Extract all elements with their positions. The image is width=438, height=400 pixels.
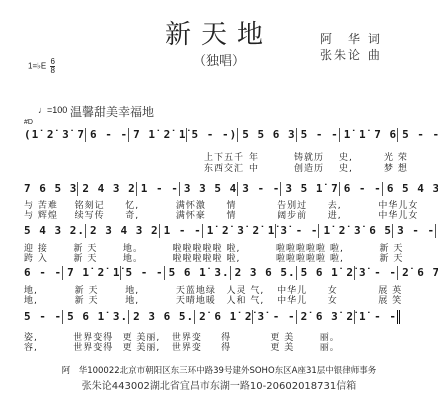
measure: 5 5 6 3: [238, 128, 296, 142]
lyrics-verse-2: 容,世界变得更 美丽,世界变得更 美丽。: [20, 340, 365, 353]
lyric: 满怀豪: [172, 208, 223, 221]
measure: 3 5 1̇ 7: [281, 182, 339, 196]
tempo-marking: ♩=100: [38, 105, 67, 115]
key-label: 1=♭E: [28, 62, 46, 71]
measure: 2 4 3 2: [78, 182, 136, 196]
measure: (1̇ 2̇ 3̇ 7: [20, 128, 86, 142]
lyric: 世界变得: [69, 340, 118, 353]
measure: 2 3 4 3 2: [86, 224, 160, 238]
final-measure: 1̇ - -: [355, 310, 400, 324]
measure: 3̇ - -: [355, 266, 398, 280]
measure: 1̇ 2̇ 3̇ 2̇ 1̇: [203, 224, 277, 238]
lyric: 梦 想: [380, 161, 425, 174]
measure: 5 - -: [297, 128, 340, 142]
measure: 2 3 6 5.: [129, 310, 195, 324]
measure: 5 6 1̇ 3.: [165, 266, 231, 280]
measure: 5 - -: [398, 128, 438, 142]
lyric: 世界变: [168, 340, 217, 353]
measure: 5 6 1̇ 3.: [63, 310, 129, 324]
lyric: 新 天: [70, 251, 120, 264]
measure: 5 - -: [121, 266, 164, 280]
lyric: 阔步前: [273, 208, 324, 221]
lyric: 中华儿: [273, 293, 324, 306]
lyric: 地。: [119, 251, 169, 264]
measure: 3̇ - -: [253, 310, 296, 324]
lyric: 地,: [121, 293, 172, 306]
measure: 2̇ 6 3̇ 2̇: [297, 310, 355, 324]
lyric: 续写传: [71, 208, 122, 221]
measure: 3 - -: [393, 224, 436, 238]
time-signature: 6 8: [50, 58, 54, 75]
lyric: 奇,: [121, 208, 172, 221]
measure: 1̇ 1̇ 7 6: [340, 128, 398, 142]
lyrics-verse-2: 地,新 天地,天晴地暖人和 气,中华儿女展 笑: [20, 293, 425, 306]
lyricist-address: 阿 华100022北京市朝阳区东三环中路39号建外SOHO东区A座31层中银律师…: [0, 364, 438, 376]
lyric: 与 辉煌: [20, 208, 71, 221]
lyric: 中华儿女: [374, 208, 425, 221]
measure: 5 - -): [187, 128, 238, 142]
measure: 1 - -: [160, 224, 203, 238]
lyric: 跨 入: [20, 251, 70, 264]
measure: 7 1̇ 2̇ 1̇: [129, 128, 187, 142]
measure: 2̇ 6 7 2̇: [398, 266, 438, 280]
measure: 2 3 6 5.: [231, 266, 297, 280]
modulation-marking: #D: [24, 119, 33, 126]
lyric: 天晴地暖: [172, 293, 223, 306]
measure: 7 6 5 3: [20, 182, 78, 196]
score-system-2: 7 6 5 3 2 4 3 2 1 - - 3 3 5 4 3 - - 3 5 …: [20, 180, 425, 196]
lyric: 人和 气,: [223, 293, 274, 306]
lyric: [20, 161, 65, 174]
measure: 5 4 3 2.: [20, 224, 86, 238]
lyric: 情: [223, 208, 274, 221]
lyric: 啦,: [326, 251, 376, 264]
score-system-5: 5 - - 5 6 1̇ 3. 2 3 6 5. 2̇ 6 1̇ 2̇ 3̇ -…: [20, 308, 365, 324]
lyric: 地,: [20, 293, 71, 306]
lyric: 得: [217, 340, 266, 353]
composer-credit: 张朱论 曲: [320, 46, 382, 63]
lyric: 啦啦啦啦啦: [169, 251, 223, 264]
lyric: 更 美: [266, 340, 315, 353]
lyric: 更 美丽,: [119, 340, 168, 353]
key-signature: 1=♭E 6 8: [28, 58, 55, 75]
measure: 6 - -: [340, 182, 383, 196]
lyrics-verse-2: 跨 入新 天地。啦啦啦啦啦啦,啦啦啦啦啦啦,新 天: [20, 251, 425, 264]
measure: 3̇ - -: [276, 224, 319, 238]
measure: 3 - -: [238, 182, 281, 196]
lyric: [110, 161, 155, 174]
lyric: 女: [324, 293, 375, 306]
lyricist-credit: 阿 华 词: [320, 30, 382, 47]
measure: 5 6 1̇ 2̇: [297, 266, 355, 280]
lyric: 新 天: [71, 293, 122, 306]
lyric: 创造历: [290, 161, 335, 174]
lyric: 啦,: [223, 251, 273, 264]
measure: 2̇ 6 1̇ 2̇: [195, 310, 253, 324]
score-system-4: 6 - - 7 1̇ 2̇ 1̇ 5 - - 5 6 1̇ 3. 2 3 6 5…: [20, 264, 425, 280]
composer-address: 张朱论443002湖北省宜昌市东湖一路10-20602018731信箱: [0, 377, 438, 392]
score-system-1: (1̇ 2̇ 3̇ 7 6 - - 7 1̇ 2̇ 1̇ 5 - -) 5 5 …: [20, 126, 425, 142]
lyric: 啦啦啦啦啦: [272, 251, 326, 264]
lyric: 丽。: [316, 340, 365, 353]
lyric: 进,: [324, 208, 375, 221]
lyric: 容,: [20, 340, 69, 353]
measure: 1̇ 2̇ 3̇ 6 5: [319, 224, 393, 238]
measure: 6 5 4 3.: [383, 182, 438, 196]
measure: 5 - -: [20, 310, 63, 324]
lyric: 中: [245, 161, 290, 174]
measure: 6 - -: [20, 266, 63, 280]
lyrics-verse-2: 东西交汇中创造历史,梦 想: [20, 161, 425, 174]
lyric: 展 笑: [374, 293, 425, 306]
lyric: [155, 161, 200, 174]
expression-marking: 温馨甜美幸福地: [70, 103, 154, 120]
measure: 7 1̇ 2̇ 1̇: [63, 266, 121, 280]
lyric: 东西交汇: [200, 161, 245, 174]
score-system-3: 5 4 3 2. 2 3 4 3 2 1 - - 1̇ 2̇ 3̇ 2̇ 1̇ …: [20, 222, 425, 238]
lyric: [65, 161, 110, 174]
measure: 1 - -: [137, 182, 180, 196]
time-bottom: 8: [50, 67, 54, 75]
lyrics-verse-2: 与 辉煌续写传奇,满怀豪情阔步前进,中华儿女: [20, 208, 425, 221]
measure: 6 - -: [86, 128, 129, 142]
lyric: 史,: [335, 161, 380, 174]
measure: 3 3 5 4: [180, 182, 238, 196]
lyric: 新 天: [376, 251, 426, 264]
